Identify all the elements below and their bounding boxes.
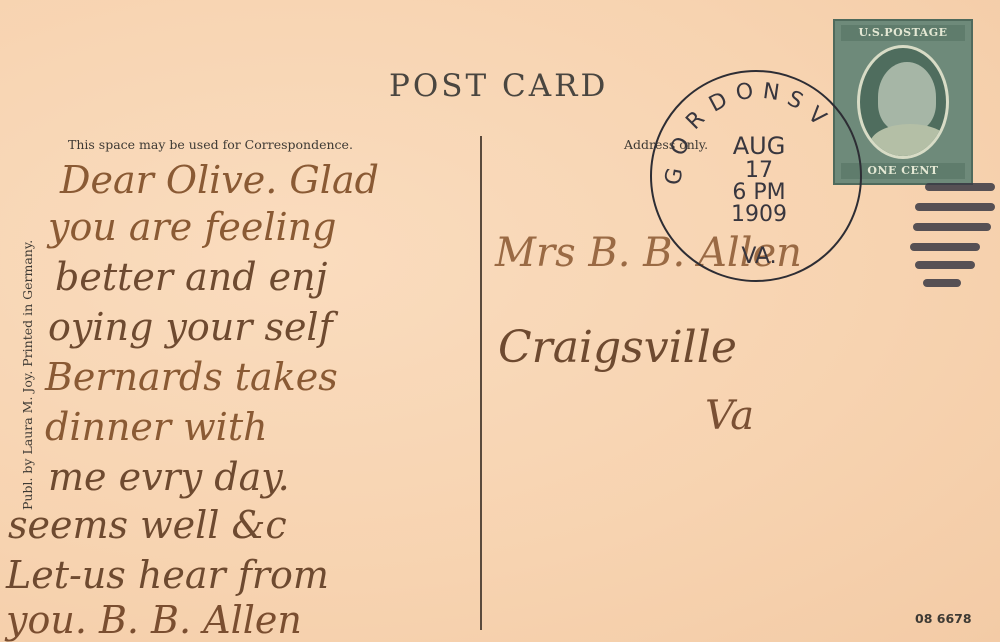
- postmark-month: AUG: [724, 132, 794, 160]
- message-line: you are feeling: [48, 205, 336, 249]
- message-line: you. B. B. Allen: [6, 598, 302, 642]
- message-line: Dear Olive. Glad: [60, 158, 379, 202]
- message-line: me evry day.: [48, 455, 290, 499]
- cancellation-bars-icon: [905, 115, 1000, 305]
- divider-line: [480, 136, 482, 630]
- address-state: Va: [705, 393, 754, 439]
- publisher-imprint: Publ. by Laura M. Joy. Printed in German…: [20, 140, 35, 510]
- correspondence-label: This space may be used for Correspondenc…: [68, 137, 353, 152]
- message-line: dinner with: [45, 405, 268, 449]
- postmark-circle: G O R D O N S V GORDONSVILLE AUG 17 6 PM…: [650, 70, 862, 282]
- postcard-back: POST CARD This space may be used for Cor…: [0, 0, 1000, 642]
- message-line: Bernards takes: [45, 355, 338, 399]
- message-line: seems well &c: [8, 503, 287, 547]
- serial-number: 08 6678: [915, 611, 972, 626]
- postcard-title: POST CARD: [389, 68, 608, 104]
- address-town: Craigsville: [498, 322, 737, 373]
- postmark-state: VA.: [724, 244, 794, 269]
- stamp-top-text: U.S.POSTAGE: [841, 25, 965, 41]
- message-line: oying your self: [48, 305, 333, 349]
- postmark-year: 1909: [714, 202, 804, 227]
- message-line: Let-us hear from: [6, 553, 329, 597]
- message-line: better and enj: [55, 255, 327, 299]
